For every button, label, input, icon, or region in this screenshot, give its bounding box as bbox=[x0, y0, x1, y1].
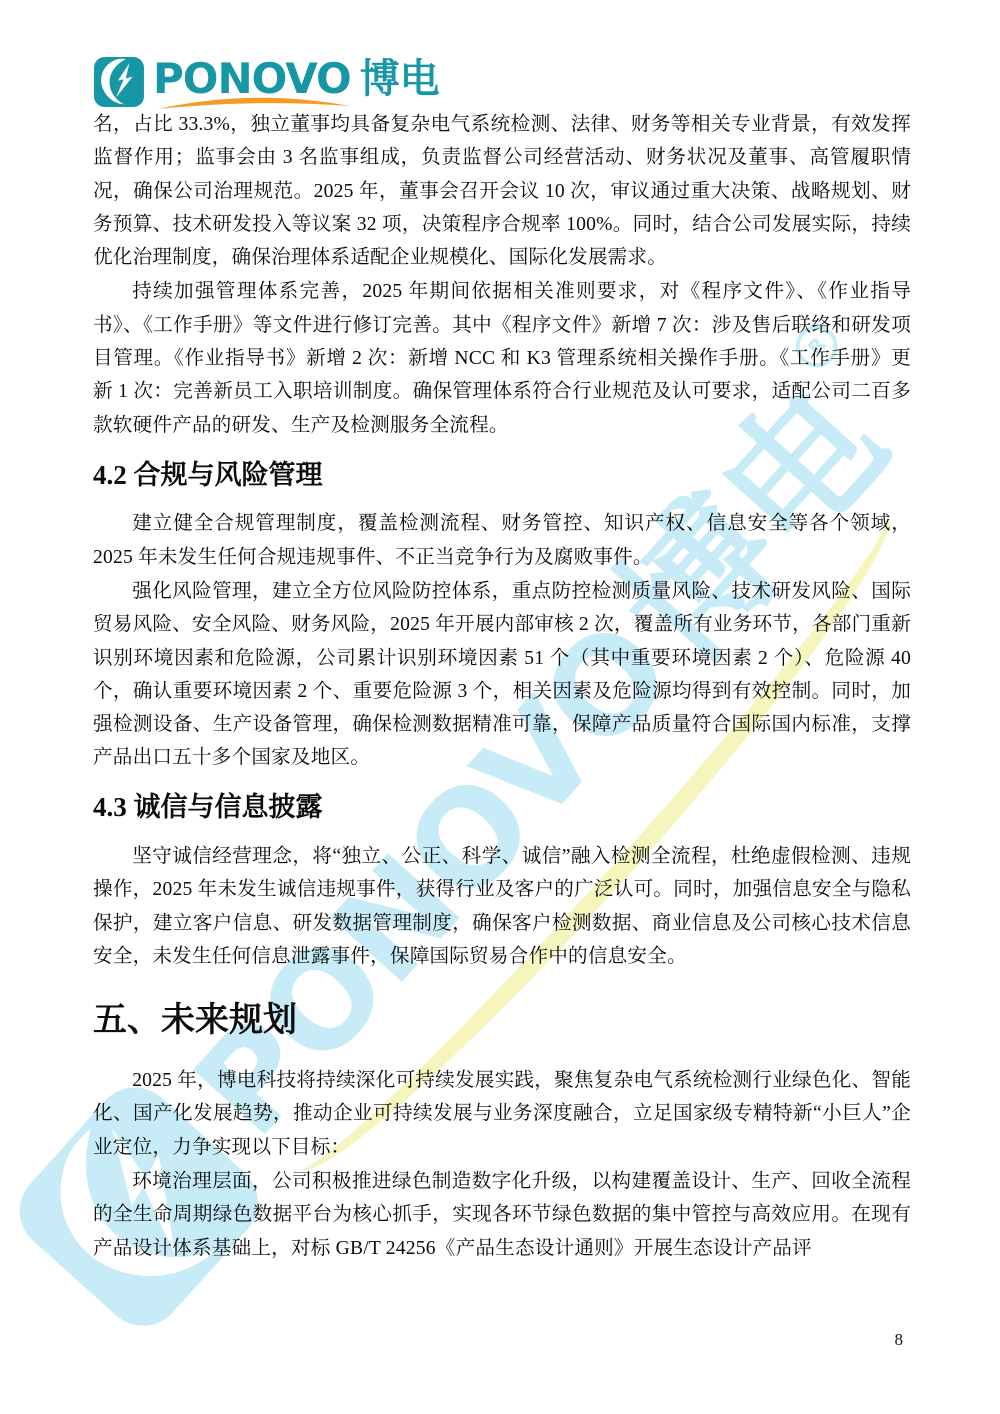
paragraph-compliance: 建立健全合规管理制度，覆盖检测流程、财务管控、知识产权、信息安全等各个领域，20… bbox=[93, 507, 911, 574]
document-page: PONOVO 博电 R PONOVO 博电 名，占比 33.3%，独立董事均具备… bbox=[0, 0, 1000, 1414]
paragraph-integrity: 坚守诚信经营理念，将“独立、公正、科学、诚信”融入检测全流程，杜绝虚假检测、违规… bbox=[93, 840, 911, 973]
header-logo: PONOVO 博电 bbox=[93, 56, 440, 108]
paragraph-governance-continued: 名，占比 33.3%，独立董事均具备复杂电气系统检测、法律、财务等相关专业背景，… bbox=[93, 108, 911, 274]
paragraph-management-system: 持续加强管理体系完善，2025 年期间依据相关准则要求，对《程序文件》、《作业指… bbox=[93, 275, 911, 441]
paragraph-future-goals: 2025 年，博电科技将持续深化可持续发展实践，聚焦复杂电气系统检测行业绿色化、… bbox=[93, 1064, 911, 1164]
heading-4-3: 4.3 诚信与信息披露 bbox=[93, 791, 911, 823]
logo-brand-cn: 博电 bbox=[360, 59, 440, 99]
heading-4-2: 4.2 合规与风险管理 bbox=[93, 459, 911, 491]
paragraph-environment: 环境治理层面，公司积极推进绿色制造数字化升级，以构建覆盖设计、生产、回收全流程的… bbox=[93, 1165, 911, 1265]
page-number: 8 bbox=[895, 1330, 904, 1350]
paragraph-risk-management: 强化风险管理，建立全方位风险防控体系，重点防控检测质量风险、技术研发风险、国际贸… bbox=[93, 575, 911, 775]
document-content: 名，占比 33.3%，独立董事均具备复杂电气系统检测、法律、财务等相关专业背景，… bbox=[93, 108, 911, 1265]
logo-brand-latin: PONOVO bbox=[153, 58, 351, 100]
logo-swoosh-icon bbox=[156, 95, 352, 111]
heading-5: 五、未来规划 bbox=[93, 1001, 911, 1042]
logo-text: PONOVO 博电 bbox=[153, 56, 440, 100]
ponovo-logo-icon bbox=[93, 56, 145, 108]
